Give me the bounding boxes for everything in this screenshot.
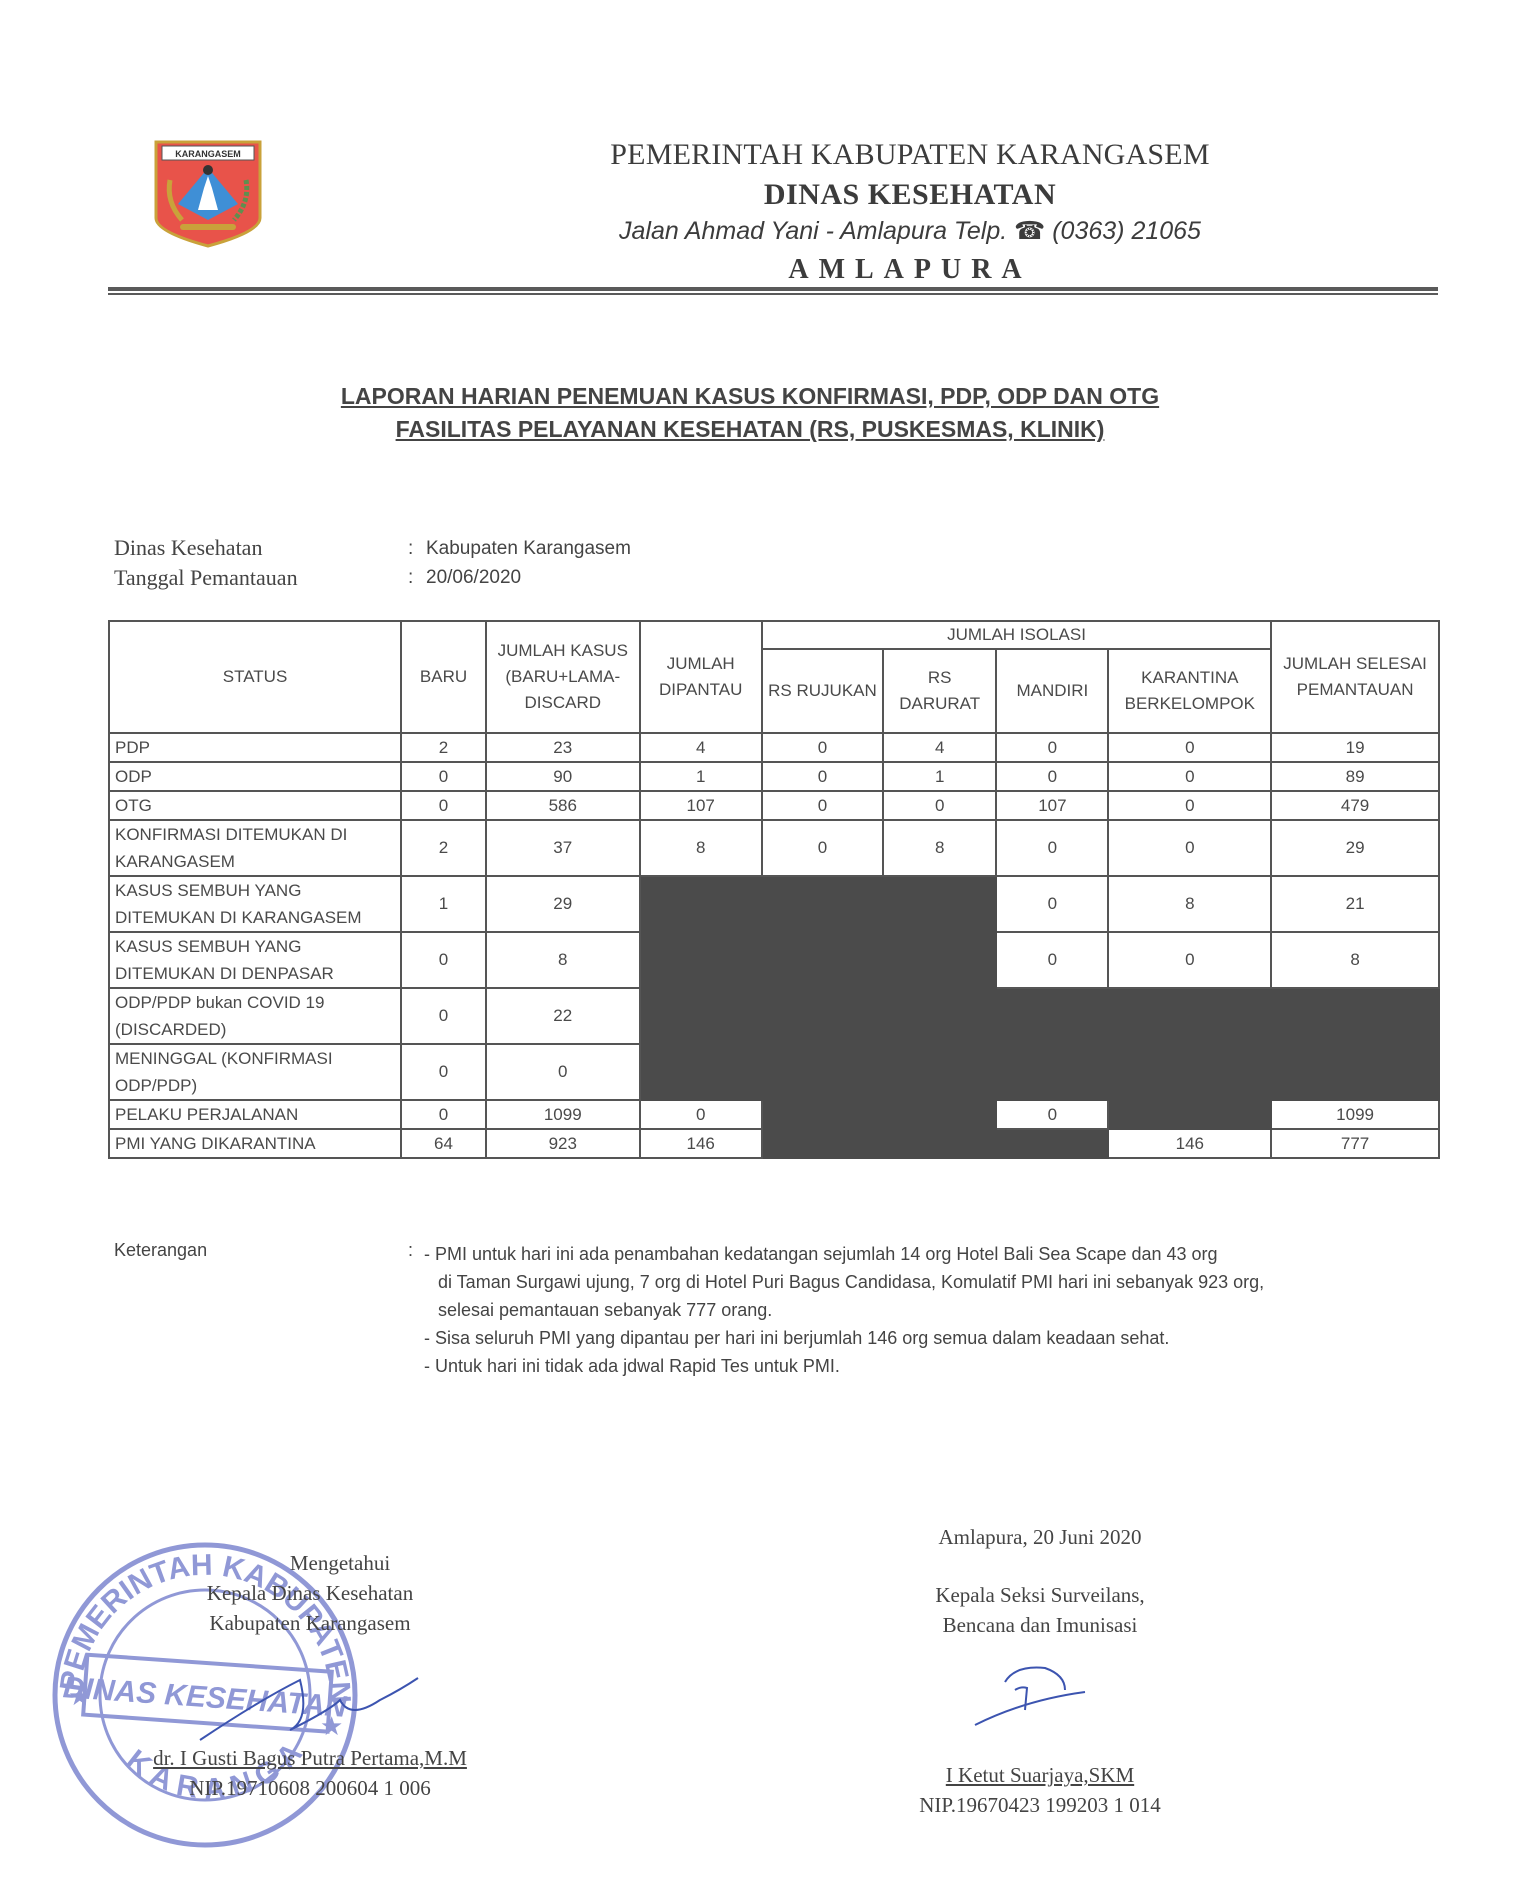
cell-dipantau: [640, 1044, 762, 1100]
header-jumlah-kasus: JUMLAH KASUS (BARU+LAMA-DISCARD: [486, 621, 640, 733]
cell-dipantau: [640, 988, 762, 1044]
cell-darurat: [883, 1100, 996, 1129]
table-row: ODP0901010089: [109, 762, 1439, 791]
cell-mandiri: 107: [996, 791, 1108, 820]
cell-selesai: [1271, 1044, 1439, 1100]
cell-selesai: 19: [1271, 733, 1439, 762]
cell-kasus: 8: [486, 932, 640, 988]
row-status: MENINGGAL (KONFIRMASI ODP/PDP): [109, 1044, 401, 1100]
cell-dipantau: [640, 876, 762, 932]
cell-kasus: 23: [486, 733, 640, 762]
keterangan-line: di Taman Surgawi ujung, 7 org di Hotel P…: [424, 1268, 1424, 1296]
karangasem-logo-icon: KARANGASEM: [152, 140, 264, 248]
row-status: PMI YANG DIKARANTINA: [109, 1129, 401, 1158]
cell-darurat: [883, 1129, 996, 1158]
report-table: STATUS BARU JUMLAH KASUS (BARU+LAMA-DISC…: [108, 620, 1440, 1159]
sig-left-nip: NIP.19710608 200604 1 006: [130, 1773, 490, 1803]
cell-selesai: 8: [1271, 932, 1439, 988]
letterhead-divider: [108, 287, 1438, 291]
cell-mandiri: 0: [996, 876, 1108, 932]
row-status: KASUS SEMBUH YANG DITEMUKAN DI DENPASAR: [109, 932, 401, 988]
cell-kasus: 1099: [486, 1100, 640, 1129]
table-row: KONFIRMASI DITEMUKAN DI KARANGASEM237808…: [109, 820, 1439, 876]
cell-rujukan: [762, 932, 883, 988]
keterangan-list: - PMI untuk hari ini ada penambahan keda…: [424, 1240, 1424, 1380]
cell-rujukan: [762, 988, 883, 1044]
report-title: LAPORAN HARIAN PENEMUAN KASUS KONFIRMASI…: [300, 383, 1200, 410]
cell-kasus: 90: [486, 762, 640, 791]
cell-dipantau: 107: [640, 791, 762, 820]
cell-selesai: [1271, 988, 1439, 1044]
svg-text:KARANGASEM: KARANGASEM: [175, 149, 241, 159]
cell-karantina: [1108, 1044, 1271, 1100]
sig-left-acknowledge: Mengetahui: [130, 1548, 490, 1578]
table-row: KASUS SEMBUH YANG DITEMUKAN DI KARANGASE…: [109, 876, 1439, 932]
keterangan-line: - PMI untuk hari ini ada penambahan keda…: [424, 1244, 1218, 1264]
meta-tanggal-value: 20/06/2020: [426, 567, 521, 589]
signature-right-scribble-icon: [965, 1660, 1105, 1730]
cell-selesai: 21: [1271, 876, 1439, 932]
cell-dipantau: 4: [640, 733, 762, 762]
cell-kasus: 923: [486, 1129, 640, 1158]
meta-colon: :: [408, 567, 413, 589]
cell-rujukan: 0: [762, 762, 883, 791]
row-status: KONFIRMASI DITEMUKAN DI KARANGASEM: [109, 820, 401, 876]
letterhead-city: AMLAPURA: [560, 254, 1260, 286]
meta-dinas-label: Dinas Kesehatan: [114, 535, 262, 561]
cell-rujukan: 0: [762, 820, 883, 876]
letterhead-government: PEMERINTAH KABUPATEN KARANGASEM: [560, 138, 1260, 172]
row-status: OTG: [109, 791, 401, 820]
meta-tanggal-label: Tanggal Pemantauan: [114, 565, 298, 591]
cell-rujukan: 0: [762, 733, 883, 762]
cell-baru: 0: [401, 1044, 486, 1100]
row-status: ODP/PDP bukan COVID 19 (DISCARDED): [109, 988, 401, 1044]
cell-baru: 0: [401, 791, 486, 820]
cell-dipantau: 0: [640, 1100, 762, 1129]
cell-darurat: 1: [883, 762, 996, 791]
row-status: KASUS SEMBUH YANG DITEMUKAN DI KARANGASE…: [109, 876, 401, 932]
signature-left-scribble-icon: [190, 1660, 420, 1750]
header-rs-darurat: RS DARURAT: [883, 649, 996, 733]
table-row: PELAKU PERJALANAN01099001099: [109, 1100, 1439, 1129]
header-status: STATUS: [109, 621, 401, 733]
keterangan-item: - Untuk hari ini tidak ada jdwal Rapid T…: [424, 1352, 1424, 1380]
keterangan-item: - PMI untuk hari ini ada penambahan keda…: [424, 1240, 1424, 1324]
cell-karantina: 0: [1108, 791, 1271, 820]
cell-mandiri: 0: [996, 762, 1108, 791]
cell-selesai: 29: [1271, 820, 1439, 876]
cell-karantina: 0: [1108, 762, 1271, 791]
sig-right-nip: NIP.19670423 199203 1 014: [880, 1790, 1200, 1820]
cell-rujukan: [762, 876, 883, 932]
cell-baru: 0: [401, 932, 486, 988]
cell-dipantau: 8: [640, 820, 762, 876]
letterhead-divider-thin: [108, 293, 1438, 295]
cell-mandiri: 0: [996, 820, 1108, 876]
sig-right-place-date: Amlapura, 20 Juni 2020: [880, 1522, 1200, 1552]
cell-dipantau: 146: [640, 1129, 762, 1158]
row-status: PDP: [109, 733, 401, 762]
cell-rujukan: [762, 1100, 883, 1129]
report-subtitle: FASILITAS PELAYANAN KESEHATAN (RS, PUSKE…: [300, 416, 1200, 443]
keterangan-line: selesai pemantauan sebanyak 777 orang.: [424, 1296, 1424, 1324]
cell-darurat: 8: [883, 820, 996, 876]
meta-colon: :: [408, 538, 413, 560]
cell-karantina: [1108, 1100, 1271, 1129]
header-karantina: KARANTINA BERKELOMPOK: [1108, 649, 1271, 733]
keterangan-label: Keterangan: [114, 1240, 207, 1261]
cell-mandiri: [996, 1129, 1108, 1158]
cell-selesai: 479: [1271, 791, 1439, 820]
meta-dinas-value: Kabupaten Karangasem: [426, 538, 631, 560]
cell-kasus: 586: [486, 791, 640, 820]
cell-mandiri: 0: [996, 932, 1108, 988]
cell-darurat: 0: [883, 791, 996, 820]
sig-right-title: Kepala Seksi Surveilans,: [880, 1580, 1200, 1610]
cell-kasus: 29: [486, 876, 640, 932]
cell-karantina: 0: [1108, 820, 1271, 876]
header-jumlah-isolasi: JUMLAH ISOLASI: [762, 621, 1271, 649]
header-baru: BARU: [401, 621, 486, 733]
header-rs-rujukan: RS RUJUKAN: [762, 649, 883, 733]
table-row: OTG0586107001070479: [109, 791, 1439, 820]
sig-right-office: Bencana dan Imunisasi: [880, 1610, 1200, 1640]
cell-baru: 2: [401, 820, 486, 876]
header-mandiri: MANDIRI: [996, 649, 1108, 733]
cell-dipantau: 1: [640, 762, 762, 791]
table-row: PMI YANG DIKARANTINA64923146146777: [109, 1129, 1439, 1158]
cell-mandiri: [996, 988, 1108, 1044]
keterangan-item: - Sisa seluruh PMI yang dipantau per har…: [424, 1324, 1424, 1352]
cell-dipantau: [640, 932, 762, 988]
cell-mandiri: 0: [996, 733, 1108, 762]
table-row: ODP/PDP bukan COVID 19 (DISCARDED)022: [109, 988, 1439, 1044]
sig-left-office: Kabupaten Karangasem: [130, 1608, 490, 1638]
table-row: KASUS SEMBUH YANG DITEMUKAN DI DENPASAR0…: [109, 932, 1439, 988]
keterangan-colon: :: [408, 1240, 413, 1261]
cell-rujukan: [762, 1044, 883, 1100]
header-jumlah-selesai: JUMLAH SELESAI PEMANTAUAN: [1271, 621, 1439, 733]
cell-selesai: 777: [1271, 1129, 1439, 1158]
table-row: PDP2234040019: [109, 733, 1439, 762]
cell-rujukan: 0: [762, 791, 883, 820]
cell-karantina: 0: [1108, 733, 1271, 762]
cell-mandiri: [996, 1044, 1108, 1100]
cell-baru: 0: [401, 1100, 486, 1129]
row-status: ODP: [109, 762, 401, 791]
table-body: PDP2234040019ODP0901010089OTG05861070010…: [109, 733, 1439, 1158]
letterhead-department: DINAS KESEHATAN: [560, 178, 1260, 212]
cell-karantina: 146: [1108, 1129, 1271, 1158]
cell-baru: 1: [401, 876, 486, 932]
cell-kasus: 22: [486, 988, 640, 1044]
cell-selesai: 89: [1271, 762, 1439, 791]
cell-kasus: 0: [486, 1044, 640, 1100]
cell-baru: 0: [401, 762, 486, 791]
cell-baru: 64: [401, 1129, 486, 1158]
svg-text:★: ★: [68, 1682, 91, 1711]
cell-karantina: 8: [1108, 876, 1271, 932]
cell-baru: 0: [401, 988, 486, 1044]
cell-darurat: [883, 932, 996, 988]
cell-selesai: 1099: [1271, 1100, 1439, 1129]
sig-right-name: I Ketut Suarjaya,SKM: [880, 1760, 1200, 1790]
cell-baru: 2: [401, 733, 486, 762]
cell-karantina: [1108, 988, 1271, 1044]
cell-rujukan: [762, 1129, 883, 1158]
sig-left-title: Kepala Dinas Kesehatan: [130, 1578, 490, 1608]
cell-mandiri: 0: [996, 1100, 1108, 1129]
cell-darurat: [883, 876, 996, 932]
cell-darurat: [883, 1044, 996, 1100]
cell-kasus: 37: [486, 820, 640, 876]
row-status: PELAKU PERJALANAN: [109, 1100, 401, 1129]
letterhead-address: Jalan Ahmad Yani - Amlapura Telp. ☎ (036…: [560, 216, 1260, 246]
cell-karantina: 0: [1108, 932, 1271, 988]
cell-darurat: [883, 988, 996, 1044]
cell-darurat: 4: [883, 733, 996, 762]
header-jumlah-dipantau: JUMLAH DIPANTAU: [640, 621, 762, 733]
table-row: MENINGGAL (KONFIRMASI ODP/PDP)00: [109, 1044, 1439, 1100]
